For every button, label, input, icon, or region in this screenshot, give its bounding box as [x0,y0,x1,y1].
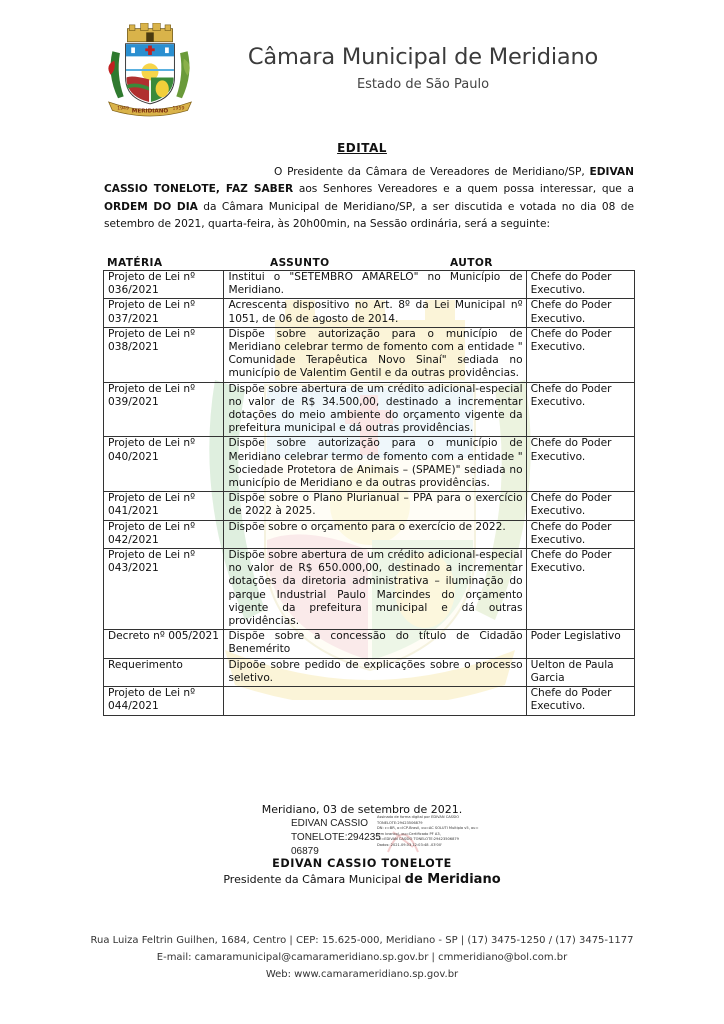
cell-assunto: Institui o "SETEMBRO AMARELO" no Municíp… [224,271,526,299]
institution-subtitle: Estado de São Paulo [218,77,628,92]
signatory-role: Presidente da Câmara Municipal de Meridi… [0,872,724,887]
table-row: Projeto de Lei nº 043/2021Dispõe sobre a… [104,549,635,630]
cell-materia: Requerimento [104,658,224,686]
cell-assunto: Dispõe sobre o orçamento para o exercíci… [224,520,526,548]
table-row: Projeto de Lei nº 038/2021Dispõe sobre a… [104,327,635,382]
digital-signature-name: EDIVAN CASSIO TONELOTE:294235 06879 [291,817,381,859]
table-row: Projeto de Lei nº 041/2021Dispõe sobre o… [104,492,635,520]
cell-assunto: Dispõe sobre autorização para o municípi… [224,327,526,382]
agenda-table: Projeto de Lei nº 036/2021Institui o "SE… [103,270,635,716]
cell-assunto [224,687,526,715]
cell-autor: Chefe do Poder Executivo. [526,492,634,520]
cell-autor: Poder Legislativo [526,630,634,658]
table-row: RequerimentoDipoõe sobre pedido de expli… [104,658,635,686]
cell-materia: Projeto de Lei nº 037/2021 [104,299,224,327]
svg-text:1949: 1949 [117,105,129,111]
cell-materia: Decreto nº 005/2021 [104,630,224,658]
intro-paragraph: O Presidente da Câmara de Vereadores de … [104,164,634,233]
cell-materia: Projeto de Lei nº 041/2021 [104,492,224,520]
column-header-materia: MATÉRIA [107,257,162,269]
cell-autor: Chefe do Poder Executivo. [526,299,634,327]
cell-assunto: Acrescenta dispositivo no Art. 8º da Lei… [224,299,526,327]
cell-autor: Chefe do Poder Executivo. [526,327,634,382]
footer-website: Web: www.camarameridiano.sp.gov.br [0,969,724,980]
cell-assunto: Dipoõe sobre pedido de explicações sobre… [224,658,526,686]
cell-materia: Projeto de Lei nº 039/2021 [104,382,224,437]
cell-assunto: Dispõe sobre o Plano Plurianual – PPA pa… [224,492,526,520]
table-row: Decreto nº 005/2021Dispõe sobre a conces… [104,630,635,658]
svg-text:MERIDIANO: MERIDIANO [132,108,169,114]
table-row: Projeto de Lei nº 037/2021Acrescenta dis… [104,299,635,327]
table-row: Projeto de Lei nº 042/2021Dispõe sobre o… [104,520,635,548]
cell-autor: Chefe do Poder Executivo. [526,271,634,299]
cell-autor: Chefe do Poder Executivo. [526,437,634,492]
cell-assunto: Dispõe sobre a concessão do título de Ci… [224,630,526,658]
cell-materia: Projeto de Lei nº 040/2021 [104,437,224,492]
cell-autor: Chefe do Poder Executivo. [526,687,634,715]
table-row: Projeto de Lei nº 044/2021Chefe do Poder… [104,687,635,715]
cell-autor: Chefe do Poder Executivo. [526,382,634,437]
digital-signature-certificate: Assinado de forma digital por EDIVAN CAS… [377,815,489,849]
institution-title: Câmara Municipal de Meridiano [218,44,628,70]
cell-autor: Chefe do Poder Executivo. [526,549,634,630]
cell-autor: Uelton de Paula Garcia [526,658,634,686]
signatory-name: EDIVAN CASSIO TONELOTE [0,857,724,870]
cell-materia: Projeto de Lei nº 038/2021 [104,327,224,382]
table-row: Projeto de Lei nº 040/2021Dispõe sobre a… [104,437,635,492]
table-row: Projeto de Lei nº 036/2021Institui o "SE… [104,271,635,299]
cell-materia: Projeto de Lei nº 043/2021 [104,549,224,630]
cell-materia: Projeto de Lei nº 042/2021 [104,520,224,548]
cell-assunto: Dispõe sobre abertura de um crédito adic… [224,549,526,630]
cell-materia: Projeto de Lei nº 036/2021 [104,271,224,299]
cell-assunto: Dispõe sobre autorização para o municípi… [224,437,526,492]
column-header-assunto: ASSUNTO [270,257,329,269]
cell-assunto: Dispõe sobre abertura de um crédito adic… [224,382,526,437]
document-title: EDITAL [0,141,724,155]
footer-email: E-mail: camaramunicipal@camarameridiano.… [0,952,724,963]
document-page: MERIDIANO 1949 1959 Câmara Municipal de … [0,0,724,1024]
signature-date: Meridiano, 03 de setembro de 2021. [0,803,724,816]
cell-autor: Chefe do Poder Executivo. [526,520,634,548]
footer-address: Rua Luiza Feltrin Guilhen, 1684, Centro … [0,935,724,946]
svg-text:1959: 1959 [173,105,185,111]
meridiano-coat-of-arms-icon: MERIDIANO 1949 1959 [103,23,197,117]
column-header-autor: AUTOR [450,257,493,269]
cell-materia: Projeto de Lei nº 044/2021 [104,687,224,715]
table-row: Projeto de Lei nº 039/2021Dispõe sobre a… [104,382,635,437]
